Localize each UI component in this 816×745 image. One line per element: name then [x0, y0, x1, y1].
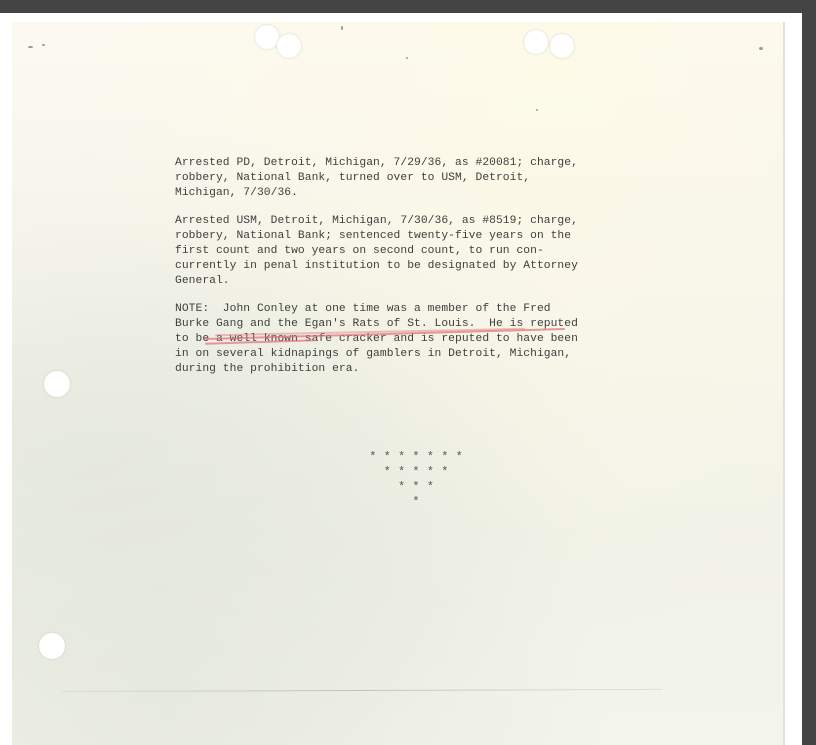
paper-speck: [341, 26, 343, 30]
note-paragraph: NOTE: John Conley at one time was a memb…: [175, 302, 675, 377]
paper-speck: [536, 109, 538, 111]
text-line: Michigan, 7/30/36.: [175, 187, 298, 199]
document-viewer: Arrested PD, Detroit, Michigan, 7/29/36,…: [0, 13, 802, 745]
separator-row: * * *: [398, 480, 434, 494]
scanned-page: Arrested PD, Detroit, Michigan, 7/29/36,…: [12, 22, 785, 745]
separator-row: * * * * * * *: [369, 450, 463, 464]
punch-hole: [550, 34, 574, 58]
punch-hole: [39, 633, 65, 659]
paper-speck: [406, 57, 408, 59]
arrest-record-pd: Arrested PD, Detroit, Michigan, 7/29/36,…: [175, 156, 675, 201]
text-line: currently in penal institution to be des…: [175, 260, 578, 272]
punch-hole: [524, 30, 548, 54]
punch-hole: [255, 25, 279, 49]
page-edge: [783, 22, 785, 745]
asterisk-separator: * * * * * * * * * * * * * * * *: [351, 450, 481, 510]
document-body: Arrested PD, Detroit, Michigan, 7/29/36,…: [175, 156, 675, 390]
text-line: during the prohibition era.: [175, 363, 359, 375]
text-line: Arrested USM, Detroit, Michigan, 7/30/36…: [175, 215, 578, 227]
note-section: NOTE: John Conley at one time was a memb…: [175, 302, 675, 377]
punch-hole: [44, 371, 70, 397]
paper-speck: [28, 46, 33, 48]
text-line: in on several kidnapings of gamblers in …: [175, 348, 571, 360]
paper-speck: [42, 44, 45, 46]
separator-row: * * * * *: [384, 465, 449, 479]
faint-bottom-line: [62, 689, 662, 692]
arrest-record-usm: Arrested USM, Detroit, Michigan, 7/30/36…: [175, 214, 675, 289]
text-line: first count and two years on second coun…: [175, 245, 544, 257]
punch-hole: [277, 34, 301, 58]
viewer-top-bar: [0, 0, 816, 13]
text-line: General.: [175, 275, 230, 287]
paper-speck: [759, 47, 763, 50]
text-line: robbery, National Bank; sentenced twenty…: [175, 230, 571, 242]
viewer-scrollbar[interactable]: [802, 0, 816, 745]
text-line: robbery, National Bank, turned over to U…: [175, 172, 530, 184]
text-line: Arrested PD, Detroit, Michigan, 7/29/36,…: [175, 157, 578, 169]
text-line: NOTE: John Conley at one time was a memb…: [175, 303, 551, 315]
separator-row: *: [412, 495, 419, 509]
